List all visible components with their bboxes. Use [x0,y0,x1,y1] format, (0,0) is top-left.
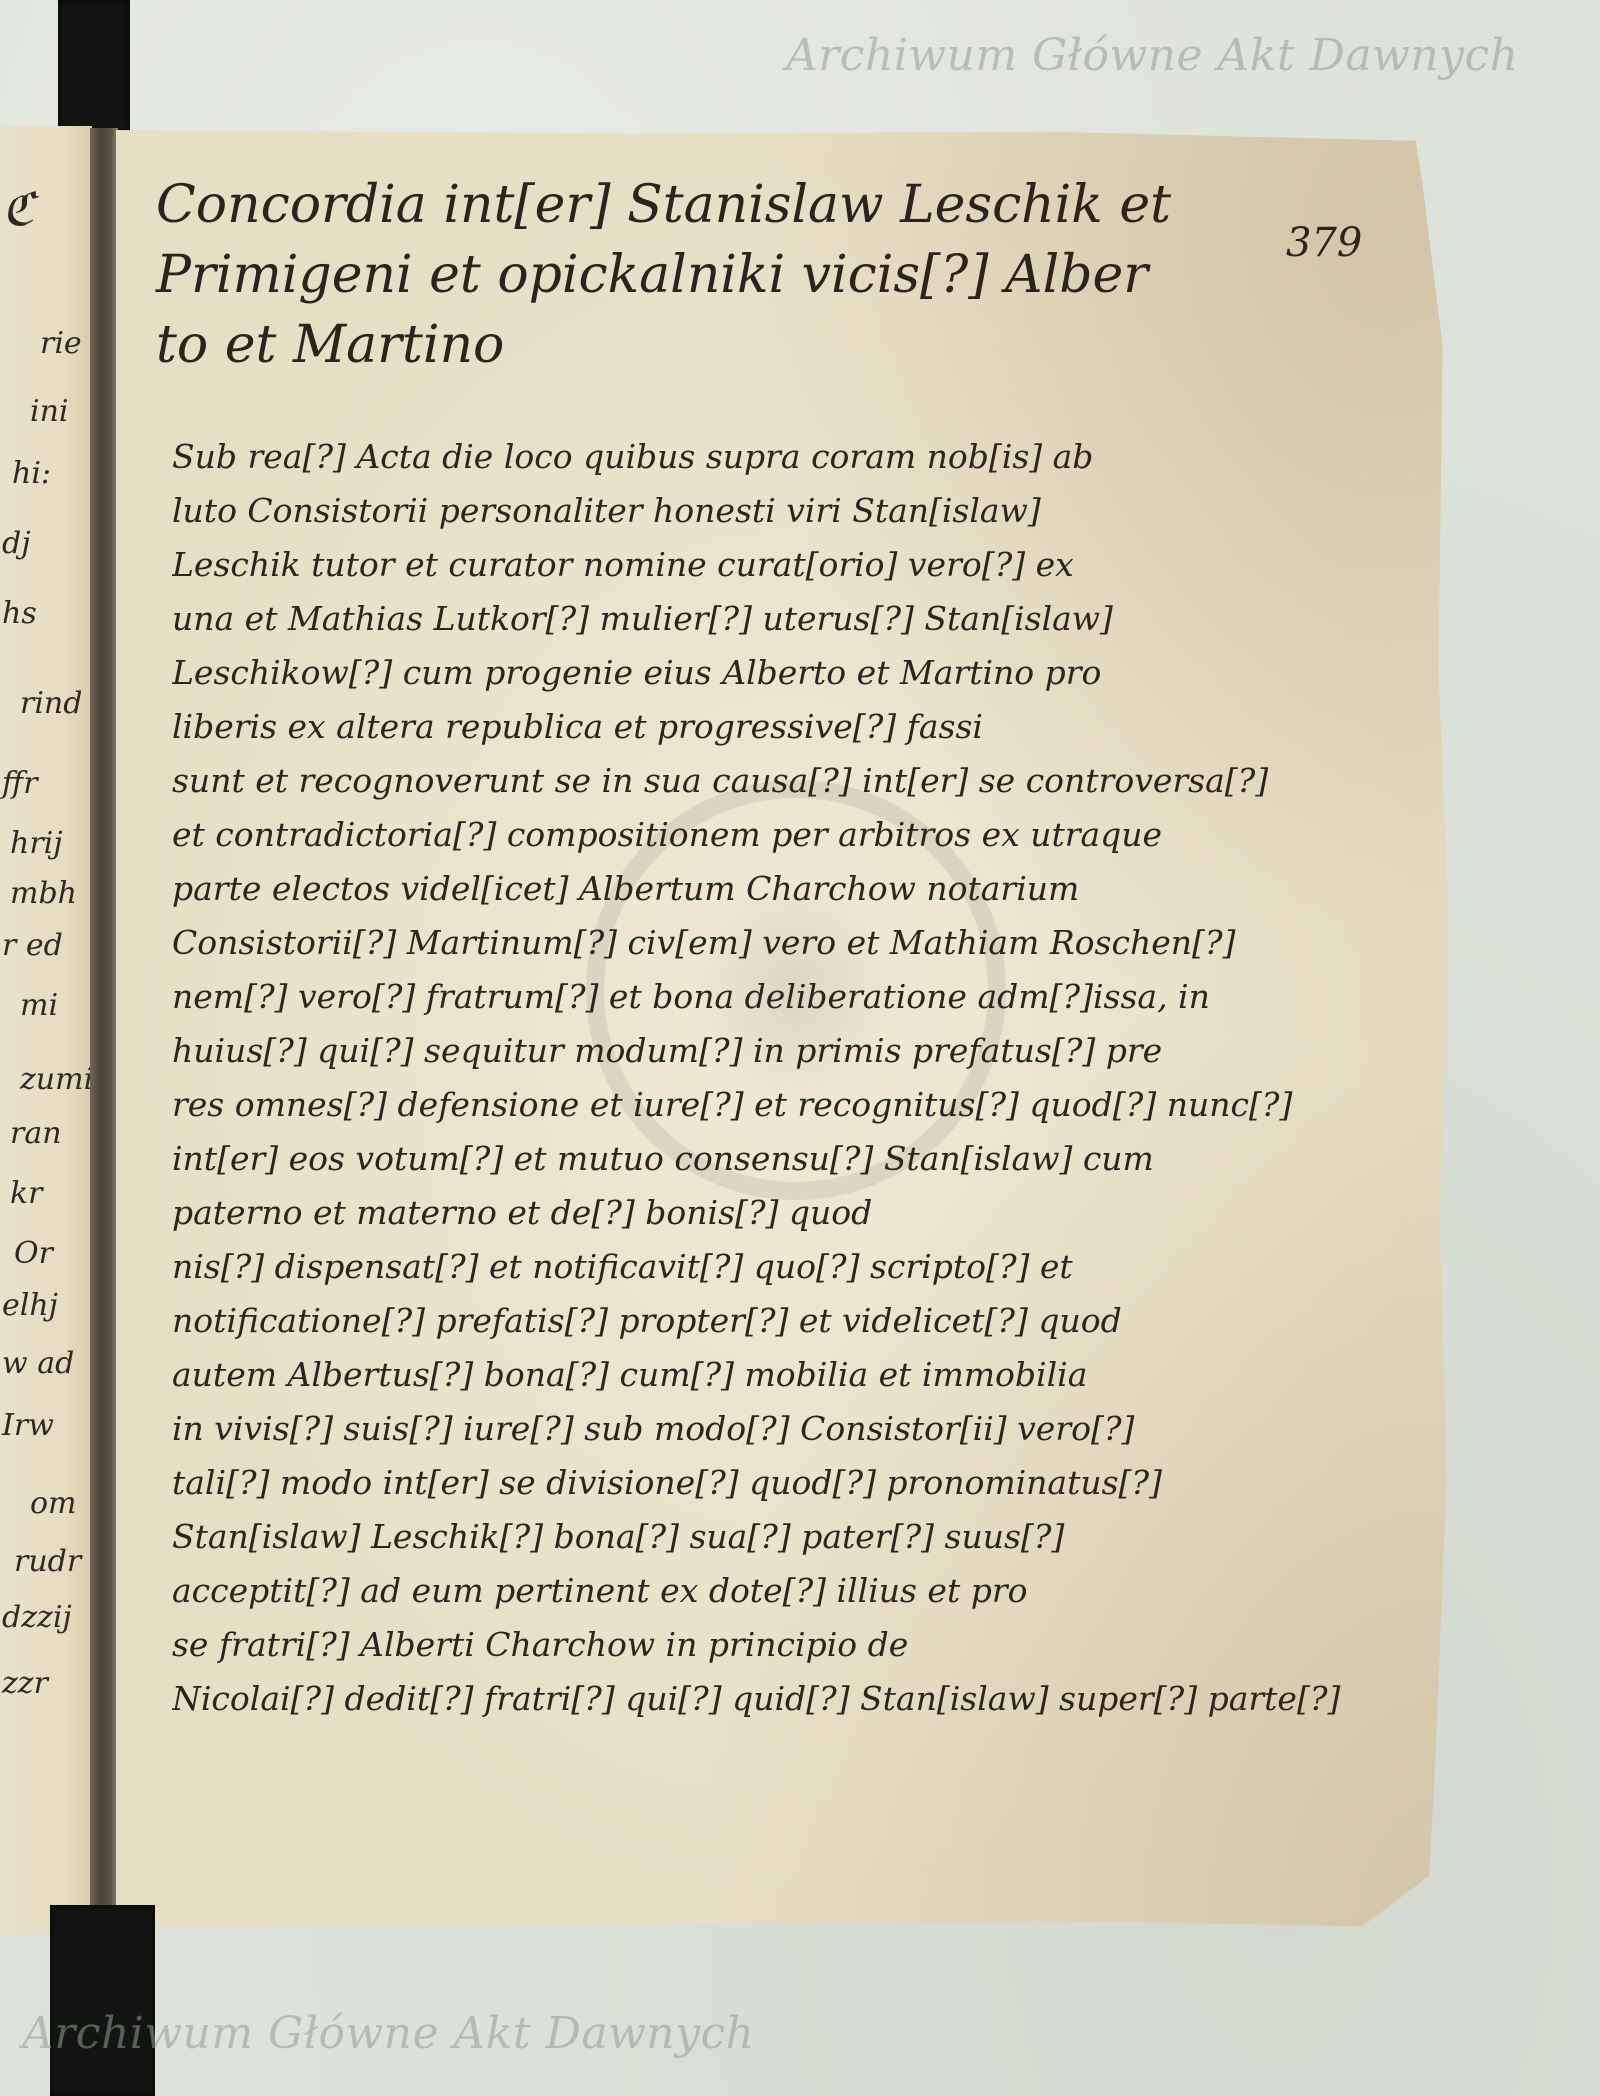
body-line: acceptit[?] ad eum pertinent ex dote[?] … [172,1564,1412,1618]
book-gutter [90,128,118,1948]
left-fragment: mbh [10,876,77,911]
left-fragment: w ad [2,1346,74,1381]
body-line: et contradictoria[?] compositionem per a… [172,808,1412,862]
body-line: nis[?] dispensat[?] et notificavit[?] qu… [172,1240,1412,1294]
left-fragment: rie [40,326,82,361]
left-fragment: ran [10,1116,62,1151]
body-line: Leschikow[?] cum progenie eius Alberto e… [172,646,1412,700]
body-line: una et Mathias Lutkor[?] mulier[?] uteru… [172,592,1412,646]
left-fragment: rudr [14,1544,81,1579]
body-line: tali[?] modo int[er] se divisione[?] quo… [172,1456,1412,1510]
left-fragment: zzr [2,1666,48,1701]
body-line: Consistorii[?] Martinum[?] civ[em] vero … [172,916,1412,970]
folio-number: 379 [1286,220,1362,266]
document-body: Sub rea[?] Acta die loco quibus supra co… [172,430,1412,1726]
left-fragment: hs [2,596,37,631]
left-fragment: Irw [2,1408,54,1443]
binding-strip-top [58,0,130,132]
body-line: Nicolai[?] dedit[?] fratri[?] qui[?] qui… [172,1672,1412,1726]
body-line: huius[?] qui[?] sequitur modum[?] in pri… [172,1024,1412,1078]
left-fragment: dzzij [2,1600,72,1635]
left-fragment: zumi [20,1062,92,1097]
heading-line: Primigeni et opickalniki vicis[?] Alber [156,240,1356,310]
left-fragment: r ed [2,928,63,963]
archive-watermark-top: Archiwum Główne Akt Dawnych [786,30,1518,81]
left-fragment: dj [2,526,31,561]
body-line: int[er] eos votum[?] et mutuo consensu[?… [172,1132,1412,1186]
left-fragment: kr [10,1176,43,1211]
left-fragment: ini [30,394,69,429]
body-line: luto Consistorii personaliter honesti vi… [172,484,1412,538]
body-line: paterno et materno et de[?] bonis[?] quo… [172,1186,1412,1240]
body-line: parte electos videl[icet] Albertum Charc… [172,862,1412,916]
binding-strip-bottom [50,1905,155,2096]
left-fragment: rind [20,686,82,721]
left-fragment: hi: [12,456,51,491]
body-line: Stan[islaw] Leschik[?] bona[?] sua[?] pa… [172,1510,1412,1564]
body-line: sunt et recognoverunt se in sua causa[?]… [172,754,1412,808]
body-line: liberis ex altera republica et progressi… [172,700,1412,754]
left-page-fragment: ℭ rie ini hi: dj hs rind ffr hrij mbh r … [0,126,92,1934]
archive-watermark-bottom: Archiwum Główne Akt Dawnych [22,2008,754,2059]
body-line: se fratri[?] Alberti Charchow in princip… [172,1618,1412,1672]
left-fragment: mi [20,988,58,1023]
document-heading: Concordia int[er] Stanislaw Leschik et P… [156,170,1356,380]
body-line: Leschik tutor et curator nomine curat[or… [172,538,1412,592]
left-fragment: ffr [2,766,38,801]
body-line: notificatione[?] prefatis[?] propter[?] … [172,1294,1412,1348]
left-fragment: Or [14,1236,53,1271]
body-line: in vivis[?] suis[?] iure[?] sub modo[?] … [172,1402,1412,1456]
left-fragment: hrij [10,826,63,861]
left-fragment: elhj [2,1288,58,1323]
heading-line: to et Martino [156,310,1356,380]
manuscript-page: Concordia int[er] Stanislaw Leschik et P… [116,130,1456,1930]
body-line: autem Albertus[?] bona[?] cum[?] mobilia… [172,1348,1412,1402]
left-fragment: om [30,1486,77,1521]
body-line: Sub rea[?] Acta die loco quibus supra co… [172,430,1412,484]
body-line: res omnes[?] defensione et iure[?] et re… [172,1078,1412,1132]
heading-line: Concordia int[er] Stanislaw Leschik et [156,170,1356,240]
body-line: nem[?] vero[?] fratrum[?] et bona delibe… [172,970,1412,1024]
left-fragment: ℭ [2,182,34,236]
